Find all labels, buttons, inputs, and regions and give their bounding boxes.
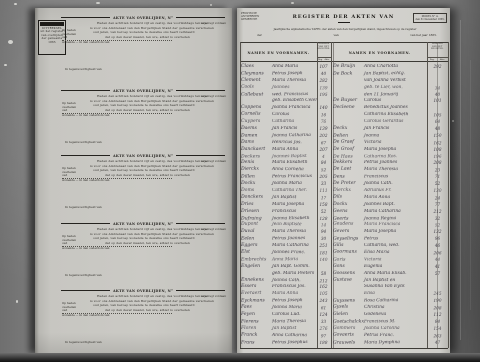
surname: Dens (333, 175, 360, 180)
act-number: 52 (428, 181, 447, 186)
table-row: Gustave Jan Baptist en (333, 276, 447, 284)
surname: Feyen (241, 312, 268, 317)
given-names: Maria Anna (268, 147, 317, 152)
table-row: geb. te Lier, won. 34 (333, 83, 447, 91)
film-scratch (460, 20, 461, 340)
act-number: 243 (317, 298, 330, 303)
act-number: 112 (428, 312, 447, 317)
table-row: Cleymans Petrus Joseph 40 (241, 70, 330, 78)
surname: Essers (241, 284, 268, 289)
given-names: Petrus Josephus (268, 339, 317, 344)
form-line: Heden den achttien honderd vijf en zesti… (97, 228, 208, 231)
given-names: Maria Josepha (268, 202, 317, 207)
given-names: geb. Maria Peeters (268, 271, 317, 276)
subheader-akte: Akte. (324, 58, 331, 62)
table-row: De Groof Maria Josepha 108 (333, 146, 447, 153)
surname: Danckaert (241, 147, 268, 152)
surname: Daems (241, 126, 268, 131)
column-header-names-right: NAMEN EN VOORNAMEN. (333, 48, 428, 58)
given-names: Maria Josepha (360, 229, 428, 234)
act-number: 77 (428, 202, 447, 207)
table-border (448, 42, 449, 348)
table-row: Geens Maria Catharina 212 (333, 208, 447, 215)
act-number: 4 (317, 153, 330, 158)
form-line: Heden den achttien honderd vijf en zesti… (97, 160, 208, 163)
act-number: 128 (317, 215, 330, 220)
given-names: Susanna Van Eyck (360, 284, 428, 289)
presence-line: In tegenwoordigheid van (65, 340, 102, 344)
act-number: 206 (428, 250, 447, 255)
form-section: AKTE VAN OVERLIJDEN, N° zegelregt voldaa… (35, 88, 232, 152)
form-section: AKTE VAN OVERLIJDEN, N° zegelregt voldaa… (35, 153, 232, 217)
given-names: Jan Bapt. Gomm. (268, 264, 317, 269)
left-page: UITTREKSELuit het registervan overlijden… (35, 8, 232, 353)
surname: Grauwels (333, 340, 360, 345)
surname: De Graef (333, 139, 360, 144)
form-line: Heden den achttien honderd vijf en zesti… (97, 22, 208, 25)
table-row: Frans Petrus Josephus 188 (241, 338, 330, 346)
margin-label: wonende — in den ouderdom van (62, 179, 182, 183)
act-number: 16 (317, 112, 330, 117)
given-names: Joanna Cath. (268, 277, 317, 282)
given-names: Petrus Joannes (268, 236, 317, 241)
table-row: Cools Joannes 139 (241, 83, 330, 91)
table-row: De Graef Victoria 162 (333, 138, 447, 146)
given-names: Anna Charlotta (360, 64, 428, 69)
table-row: De Haes Catharina Ros. 196 (333, 152, 447, 160)
table-row: Susanna Van Eyck (333, 284, 447, 291)
act-number: 14 (317, 223, 330, 228)
film-speck (8, 40, 13, 44)
given-names: Joanna (360, 133, 428, 139)
subtitle-fragment: van (334, 33, 339, 37)
act-number: 76 (317, 119, 330, 124)
act-number: 162 (317, 284, 330, 289)
surname: Gustave (333, 277, 360, 282)
surname: Ennekens (241, 277, 268, 282)
surname: Coppens (241, 105, 268, 110)
margin-labels: Op hedenoverledenoudwonende — in den oud… (62, 102, 182, 117)
act-number: 132 (428, 229, 447, 234)
act-number: 276 (317, 326, 330, 331)
subtitle: Jaarlijksche alphabetische TAFEL der akt… (247, 27, 443, 31)
surname: Floren (241, 326, 268, 331)
table-row: Carolus Gerardus 64 (333, 118, 447, 125)
act-number: 101 (428, 98, 447, 103)
margin-label: wonende — in den ouderdom van (62, 247, 182, 251)
surname: Dillen (241, 175, 268, 180)
act-number: 52 (428, 223, 447, 228)
surname: Everaert (241, 291, 268, 296)
surname: Govaerts (333, 332, 360, 337)
table-row: Faes Joanna Maria 61 (241, 304, 330, 312)
section-title: AKTE VAN OVERLIJDEN, N° (110, 289, 176, 293)
surname: Cuypers (241, 119, 268, 124)
given-names: Franciscus (360, 174, 428, 180)
given-names: Eugenia (360, 264, 428, 269)
given-names: Joannes Baptist (268, 153, 317, 158)
given-names: den 11 Januarij (360, 91, 428, 97)
table-row: Clement Maria Theresia 282 (241, 77, 330, 84)
column-header-number-right: NOMMERVAN HETREGISTER. (427, 43, 448, 51)
act-number: 158 (317, 202, 330, 207)
section-header: AKTE VAN OVERLIJDEN, N° (61, 15, 225, 20)
given-names: Victoria (360, 140, 428, 145)
act-number: 40 (428, 91, 447, 96)
section-header: AKTE VAN OVERLIJDEN, N° (61, 288, 225, 293)
surname: Faes (241, 305, 268, 310)
surname: Fierens (241, 319, 268, 324)
header-rule (176, 17, 225, 18)
given-names: Petrus Franc. (360, 332, 428, 337)
given-names: Victoria (360, 257, 428, 263)
table-row: Geudens Maria Francisca 52 (333, 221, 447, 229)
surname: Gielen (333, 312, 360, 317)
table-row: Eelen Petrus Joannes 30 (241, 235, 330, 243)
act-number: 282 (317, 78, 330, 83)
given-names: Joanna Carolina (360, 326, 428, 331)
act-number: 140 (317, 257, 330, 262)
table-row: De Buyser Carolus 101 (333, 97, 447, 104)
subtitle-line2: der van van het jaar 1865. (257, 33, 437, 37)
act-number: 67 (317, 140, 330, 145)
table-row: Dockx Joanna Maria 33 (241, 180, 330, 187)
right-page: PROVINCIEANTWERPENGEMEENTE MODEL N° 4.de… (237, 8, 450, 354)
given-names: Catharina Ther. (268, 188, 317, 193)
title-rule (338, 22, 350, 23)
given-names: Jan Baptist (268, 326, 317, 331)
margin-label: wonende — in den ouderdom van (62, 314, 182, 318)
given-names: Anna Maria Elisab. (360, 271, 428, 276)
given-names: Elisa (360, 291, 428, 296)
surname: Dierckx (333, 188, 360, 193)
surname: Cleymans (241, 71, 268, 76)
film-speck (210, 4, 212, 6)
header-rule (176, 90, 225, 91)
given-names: Petrus (360, 236, 428, 242)
header-rule (176, 155, 225, 156)
microfilm-scan: UITTREKSELuit het registervan overlijden… (0, 0, 480, 362)
given-names: Catharina, wed. (360, 243, 428, 248)
given-names: Maria Theresia (360, 167, 428, 172)
given-names: Jean Baptiste (268, 222, 317, 227)
act-number: 181 (317, 250, 330, 255)
surname: Frans (241, 340, 268, 345)
subheader-akte: Akte. (437, 58, 447, 62)
table-row: Ennekens Joanna Cath. 212 (241, 276, 330, 284)
surname: De Haes (333, 154, 360, 159)
surname: Geens (333, 209, 360, 214)
given-names: Joanna Maria (268, 305, 317, 310)
given-names: Adrianus Fr. (360, 188, 428, 193)
table-row: Geyselings Petrus 96 (333, 235, 447, 243)
table-border (240, 348, 448, 349)
surname: De Buyser (333, 98, 360, 103)
given-names: Jan Francis (268, 126, 317, 131)
page-title: REGISTER DER AKTEN VAN (237, 14, 450, 20)
table-row: geb. Maria Peeters 58 (241, 270, 330, 277)
surname: Franck (241, 332, 268, 337)
surname: Deckx (333, 126, 360, 131)
surname: Clement (241, 78, 268, 83)
film-speck (291, 2, 294, 4)
table-row: Dries Maria Josepha 158 (241, 201, 330, 208)
surname: Eelen (241, 237, 268, 242)
film-speck (96, 2, 100, 4)
given-names: Maria Theresia (268, 78, 317, 83)
subtitle-fragment: van het jaar 1865. (410, 33, 437, 37)
table-row: Deckers Joannes Baptist 4 (241, 152, 330, 160)
surname: Eggers (241, 243, 268, 248)
act-number: 44 (428, 257, 447, 262)
act-number: 292 (428, 64, 447, 69)
act-number: 190 (428, 298, 447, 303)
table-row: Callebaut wed. Franciscus 195 (241, 90, 330, 98)
act-number: 57 (428, 271, 447, 276)
subheader-reg: Reg. (427, 58, 437, 62)
surname: Engelen (241, 264, 268, 269)
header-rule (61, 155, 110, 156)
surname: Decleene (333, 105, 360, 110)
given-names: Maria Catharina (268, 243, 317, 248)
act-number: 207 (317, 147, 330, 152)
form-section: AKTE VAN OVERLIJDEN, N° zegelregt voldaa… (35, 221, 232, 285)
header-rule (61, 17, 110, 18)
act-number: 96 (428, 236, 447, 241)
presence-line: In tegenwoordigheid van (65, 140, 102, 144)
surname: Dockx (241, 181, 268, 186)
given-names: Joannes (268, 84, 317, 89)
table-row: Dillen Petrus Franciscus 205 (241, 173, 330, 181)
given-names: Anna Maria (268, 64, 317, 69)
table-row: Embrechts Anna Maria 140 (241, 256, 330, 264)
surname: Denis (241, 160, 268, 165)
given-names: geb. te Lier, won. (360, 84, 428, 89)
given-names: Franciscus (268, 209, 317, 214)
given-names: Rosa Catharina (360, 298, 428, 304)
surname: Dries (241, 202, 268, 207)
given-names: Anna Catharina (268, 333, 317, 338)
surname: Goossens (333, 271, 360, 276)
subheader-reg: Reg. (317, 58, 324, 62)
act-number: 47 (428, 339, 447, 344)
table-row: Gons Eugenia 41 (333, 263, 447, 270)
table-row: geb. Elisabeth Celen (241, 97, 330, 104)
given-names: Joannes Bapt. (360, 202, 428, 207)
act-number: 140 (317, 105, 330, 110)
margin-labels: Op hedenoverledenoudwonende — in den oud… (62, 29, 182, 44)
act-number: 48 (428, 126, 447, 131)
given-names: van Joanna Verbist (360, 78, 428, 83)
presence-line: In tegenwoordigheid van (65, 205, 102, 209)
act-number: 202 (317, 133, 330, 138)
table-row: Danckaert Maria Anna 207 (241, 146, 330, 153)
surname: Goris (333, 257, 360, 262)
given-names: Joanna Maria (268, 181, 317, 186)
section-header: AKTE VAN OVERLIJDEN, N° (61, 88, 225, 93)
section-title: AKTE VAN OVERLIJDEN, N° (110, 16, 176, 20)
act-number: 33 (317, 181, 330, 186)
given-names: Petrus Joannes (360, 160, 428, 165)
act-number: 150 (428, 133, 447, 138)
given-names: Carolus (360, 98, 428, 103)
table-row: Goossens Anna Maria Elisab. 57 (333, 270, 447, 277)
given-names: Carolus Gerardus (360, 119, 428, 124)
given-names: Maria Anna (268, 291, 317, 296)
given-names: geb. Elisabeth Celen (268, 98, 317, 103)
act-number: 97 (317, 333, 330, 338)
act-number: 130 (428, 188, 447, 193)
act-number: 154 (428, 326, 447, 331)
surname: Goormans (333, 250, 360, 255)
given-names: Jan Francis (360, 126, 428, 131)
given-names: Maria Josepha (360, 147, 428, 152)
table-row: Dockx Joannes Bapt. 77 (333, 201, 447, 208)
act-number: 84 (317, 160, 330, 165)
given-names: Maria Dymphna (360, 339, 428, 345)
table-row: Engelen Jan Bapt. Gomm. (241, 263, 330, 270)
number-header-lines: NOMMERVAN HETREGISTER. (317, 43, 331, 51)
given-names: Henricus Jos. (268, 140, 317, 145)
act-number: 30 (317, 236, 330, 241)
column-header-names-left: NAMEN EN VOORNAMEN. (240, 48, 317, 58)
form-line: Heden den achttien honderd vijf en zesti… (97, 95, 208, 98)
act-number: 245 (428, 291, 447, 296)
number-subheader-right: Reg. Akte. (427, 57, 448, 62)
act-number: 212 (428, 209, 447, 214)
table-row: De Preter Joanna Cath. 52 (333, 180, 447, 187)
table-row: Grauwels Maria Dymphna 47 (333, 338, 447, 346)
table-row: den 11 Januarij 40 (333, 90, 447, 98)
act-number: 212 (317, 278, 330, 283)
surname: Doms (241, 188, 268, 193)
table-row: Dams Henricus Jos. 67 (241, 138, 330, 146)
table-row: Claes Anna Maria 107 (241, 63, 330, 70)
surname: Gommers (333, 326, 360, 331)
surname: Cools (241, 84, 268, 89)
margin-labels: Op hedenoverledenoudwonende — in den oud… (62, 302, 182, 317)
surname: Deckers (241, 154, 268, 159)
given-names: Petrus Joseph (268, 71, 317, 76)
table-row: Feyen Carolus Lud. 124 (241, 311, 330, 318)
given-names: Franciscus M. (360, 319, 428, 325)
section-header: AKTE VAN OVERLIJDEN, N° (61, 221, 225, 226)
act-number: 64 (428, 119, 447, 124)
surname: Gons (333, 264, 360, 269)
header-rule (176, 223, 225, 224)
surname: Dierckx (241, 167, 268, 172)
given-names: Anna Cornelia (268, 167, 317, 172)
register-table: NAMEN EN VOORNAMEN. NOMMERVAN HETREGISTE… (237, 42, 450, 348)
section-title: AKTE VAN OVERLIJDEN, N° (110, 154, 176, 158)
act-number: 17 (317, 195, 330, 200)
act-number: 205 (317, 174, 330, 179)
given-names: Maria Elisabeth (268, 160, 317, 165)
section-title: AKTE VAN OVERLIJDEN, N° (110, 222, 176, 226)
table-row: De Bock Jan Baptist, echtg. (333, 70, 447, 78)
act-number: 52 (317, 209, 330, 214)
given-names: Maria Theresia (268, 319, 317, 324)
surname: De Bruijn (333, 64, 360, 69)
form-line: Heden den achttien honderd vijf en zesti… (97, 295, 208, 298)
table-row: Daems Jan Francis 139 (241, 125, 330, 132)
form-section: AKTE VAN OVERLIJDEN, N° zegelregt voldaa… (35, 288, 232, 352)
act-number: 33 (317, 319, 330, 324)
table-row: Driesen Franciscus 52 (241, 208, 330, 215)
table-row: van Joanna Verbist (333, 77, 447, 84)
table-row: Goris Victoria 44 (333, 256, 447, 264)
header-rule (61, 90, 110, 91)
surname: Gevers (333, 229, 360, 234)
header-rule (61, 223, 110, 224)
table-row: Donckers Jan Baptist 17 (241, 194, 330, 202)
act-number: 105 (317, 291, 330, 296)
table-row: Cuypers Catharina 76 (241, 118, 330, 125)
given-names: Jan Baptist, echtg. (360, 71, 428, 77)
surname: Dams (241, 139, 268, 144)
entries-column-left: Claes Anna Maria 107 Cleymans Petrus Jos… (241, 63, 330, 346)
given-names: Jan Baptist en (360, 277, 428, 282)
act-number: 196 (428, 153, 447, 158)
given-names: Maria Anna (360, 195, 428, 200)
act-number: 40 (317, 71, 330, 76)
act-number: 124 (317, 312, 330, 317)
act-number: 188 (317, 339, 330, 344)
surname: Claes (241, 64, 268, 69)
surname: Dils (333, 194, 360, 199)
film-edge (0, 353, 480, 362)
number-header-line: REGISTER. (427, 48, 448, 51)
given-names: Christina (360, 305, 428, 310)
margin-label: wonende — in den ouderdom van (62, 114, 182, 118)
table-border (240, 61, 448, 62)
act-number: 34 (428, 85, 447, 90)
act-number: 208 (428, 160, 447, 165)
given-names: Godelieva (360, 312, 428, 317)
given-names: Jan Baptist (268, 195, 317, 200)
presence-line: In tegenwoordigheid van (65, 67, 102, 71)
given-names: Carolus Lud. (268, 312, 317, 317)
table-row: Dils Maria Anna 24 (333, 194, 447, 202)
margin-label: wonende — in den ouderdom van (62, 41, 182, 45)
given-names: Anna Maria (268, 257, 317, 262)
act-number: 139 (317, 85, 330, 90)
act-number: 46 (428, 243, 447, 248)
surname: Donckers (241, 195, 268, 200)
surname: Damen (241, 133, 268, 138)
surname: Gysels (333, 305, 360, 310)
header-rule (61, 290, 110, 291)
number-subheader-left: Reg. Akte. (317, 57, 331, 62)
table-row: Gysels Christina 208 (333, 304, 447, 312)
table-row: Franck Anna Catharina 97 (241, 331, 330, 339)
given-names: Catharina Elisabeth (360, 112, 428, 117)
header-rule (176, 290, 225, 291)
act-number: 263 (428, 333, 447, 338)
margin-labels: Op hedenoverledenoudwonende — in den oud… (62, 235, 182, 250)
presence-line: In tegenwoordigheid van (65, 273, 102, 277)
form-section: AKTE VAN OVERLIJDEN, N° zegelregt voldaa… (35, 15, 232, 79)
given-names: Carolus (268, 112, 317, 117)
film-speck (452, 120, 454, 122)
film-speck (16, 300, 18, 303)
entries-column-right: De Bruijn Anna Charlotta 292 De Bock Jan… (333, 63, 447, 346)
act-number: 94 (317, 229, 330, 234)
given-names: Maria Catharina (360, 209, 428, 214)
number-header-line: REGISTER. (317, 48, 331, 51)
surname: De Groof (333, 147, 360, 152)
act-number: 58 (317, 271, 330, 276)
